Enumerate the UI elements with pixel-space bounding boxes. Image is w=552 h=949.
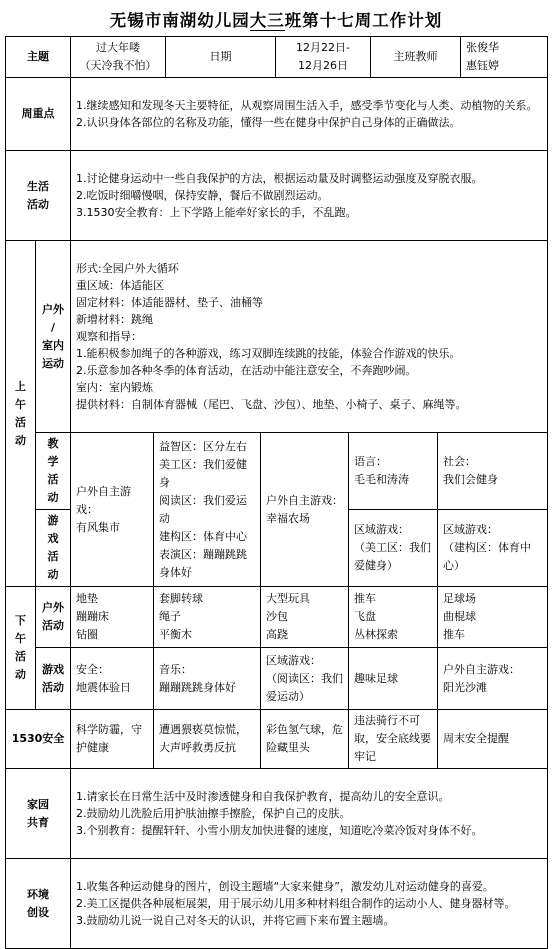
sport-line: 室内：室内锻炼: [76, 379, 542, 396]
afternoon-outdoor-cell: 大型玩具 沙包 高跷: [261, 587, 349, 648]
morning-outdoor-game2-cell: 户外自主游戏： 幸福农场: [261, 433, 349, 587]
morning-game-label: 游 戏 活 动: [36, 510, 71, 587]
safety-1530-cell: 周末安全提醒: [438, 710, 548, 769]
afternoon-outdoor-cell: 足球场 曲棍球 推车: [438, 587, 548, 648]
title-post: 班第十七周工作计划: [285, 11, 443, 30]
morning-teaching-label: 教 学 活 动: [36, 433, 71, 510]
home-coop-label: 家园 共育: [6, 769, 71, 859]
afternoon-game-cell: 趣味足球: [349, 648, 438, 710]
life-activity-item: 1.讨论健身运动中一些自我保护的方法，根据运动量及时调整运动强度及穿脱衣服。: [76, 170, 542, 187]
life-activity-table: 生活 活动 1.讨论健身运动中一些自我保护的方法，根据运动量及时调整运动强度及穿…: [5, 150, 548, 241]
teacher-value-cell: 张俊华 惠钰婷: [461, 37, 548, 78]
sport-line: 提供材料：自制体育器械（尾巴、飞盘、沙包）、地垫、小椅子、桌子、麻绳等。: [76, 396, 542, 413]
environment-item: 1.收集各种运动健身的图片，创设主题墙“大家来健身”，激发幼儿对运动健身的喜爱。: [76, 878, 542, 895]
sport-line: 观察和指导：: [76, 328, 542, 345]
safety-1530-cell: 科学防霾，守护健康: [71, 710, 154, 769]
environment-item: 3.鼓励幼儿说一说自己对冬天的认识，并将它画下来布置主题墙。: [76, 912, 542, 929]
date-value-cell: 12月22日- 12月26日: [276, 37, 371, 78]
weekly-plan-document: 无锡市南湖幼儿园大三班第十七周工作计划 主题 过大年喽 （天冷我不怕） 日期 1…: [0, 0, 552, 949]
afternoon-outdoor-cell: 套脚转球 绳子 平衡木: [154, 587, 261, 648]
safety-1530-label: 1530安全: [6, 710, 71, 769]
title-pre: 无锡市南湖幼儿园: [110, 11, 250, 30]
home-coop-table: 家园 共育 1.请家长在日常生活中及时渗透健身和自我保护教育，提高幼儿的安全意识…: [5, 768, 548, 859]
sport-line: 重区域：体适能区: [76, 277, 542, 294]
life-activity-item: 2.吃饭时细嚼慢咽，保持安静，餐后不做剧烈运动。: [76, 187, 542, 204]
morning-outdoor-game1-cell: 户外自主游戏： 有风集市: [71, 433, 154, 587]
safety-1530-cell: 遭遇猥亵莫惊慌，大声呼救勇反抗: [154, 710, 261, 769]
afternoon-activity-table: 下 午 活 动 户外 活动 地垫 蹦蹦床 钻圈 套脚转球 绳子 平衡木 大型玩具…: [5, 586, 548, 710]
morning-areas-cell: 益智区：区分左右 美工区：我们爱健身 阅读区：我们爱运动 建构区：体育中心 表演…: [154, 433, 261, 587]
afternoon-game-cell: 区域游戏： （阅读区：我们爱运动）: [261, 648, 349, 710]
header-row-table: 主题 过大年喽 （天冷我不怕） 日期 12月22日- 12月26日 主班教师 张…: [5, 36, 548, 78]
environment-label: 环境 创设: [6, 859, 71, 949]
afternoon-game-cell: 安全： 地震体验日: [71, 648, 154, 710]
sport-line: 形式:全园户外大循环: [76, 260, 542, 277]
safety-1530-cell: 违法骑行不可取，安全底线要牢记: [349, 710, 438, 769]
home-coop-item: 3.个别教育：提醒轩轩、小雪小朋友加快进餐的速度，知道吃冷菜冷饭对身体不好。: [76, 822, 542, 839]
environment-content: 1.收集各种运动健身的图片，创设主题墙“大家来健身”，激发幼儿对运动健身的喜爱。…: [71, 859, 548, 949]
environment-table: 环境 创设 1.收集各种运动健身的图片，创设主题墙“大家来健身”，激发幼儿对运动…: [5, 858, 548, 949]
sport-line: 2.乐意参加各种冬季的体育活动，在活动中能注意安全，不奔跑吵闹。: [76, 362, 542, 379]
morning-area-game1-cell: 区域游戏： （美工区：我们爱健身）: [349, 510, 438, 587]
morning-sport-content: 形式:全园户外大循环 重区域：体适能区 固定材料：体适能器材、垫子、油桶等 新增…: [71, 241, 548, 433]
title-underlined-class: 大三: [250, 11, 285, 31]
environment-item: 2.美工区提供各种展柜展架，用于展示幼儿用多种材料组合制作的运动小人、健身器材等…: [76, 895, 542, 912]
afternoon-game-cell: 音乐： 蹦蹦跳跳身体好: [154, 648, 261, 710]
date-label-cell: 日期: [166, 37, 276, 78]
week-focus-item: 1.继续感知和发现冬天主要特征，从观察周围生活入手，感受季节变化与人类、动植物的…: [76, 97, 542, 114]
home-coop-item: 1.请家长在日常生活中及时渗透健身和自我保护教育，提高幼儿的安全意识。: [76, 788, 542, 805]
afternoon-outdoor-label: 户外 活动: [36, 587, 71, 648]
morning-activity-table: 上 午 活 动 户外 / 室内 运动 形式:全园户外大循环 重区域：体适能区 固…: [5, 240, 548, 587]
page-title: 无锡市南湖幼儿园大三班第十七周工作计划: [5, 5, 547, 36]
afternoon-game-cell: 户外自主游戏： 阳光沙滩: [438, 648, 548, 710]
safety-1530-cell: 彩色氢气球，危险藏里头: [261, 710, 349, 769]
afternoon-outdoor-cell: 推车 飞盘 丛林探索: [349, 587, 438, 648]
life-activity-item: 3.1530安全教育：上下学路上能牵好家长的手，不乱跑。: [76, 204, 542, 221]
morning-social-cell: 社会： 我们会健身: [438, 433, 548, 510]
home-coop-content: 1.请家长在日常生活中及时渗透健身和自我保护教育，提高幼儿的安全意识。 2.鼓励…: [71, 769, 548, 859]
teacher-label-cell: 主班教师: [371, 37, 461, 78]
safety-1530-table: 1530安全 科学防霾，守护健康 遭遇猥亵莫惊慌，大声呼救勇反抗 彩色氢气球，危…: [5, 709, 548, 769]
morning-language-cell: 语言： 毛毛和涛涛: [349, 433, 438, 510]
afternoon-outdoor-cell: 地垫 蹦蹦床 钻圈: [71, 587, 154, 648]
week-focus-table: 周重点 1.继续感知和发现冬天主要特征，从观察周围生活入手，感受季节变化与人类、…: [5, 77, 548, 151]
week-focus-label: 周重点: [6, 78, 71, 151]
morning-area-game2-cell: 区域游戏： （建构区：体育中心）: [438, 510, 548, 587]
sport-line: 固定材料：体适能器材、垫子、油桶等: [76, 294, 542, 311]
week-focus-item: 2.认识身体各部位的名称及功能，懂得一些在健身中保护自己身体的正确做法。: [76, 114, 542, 131]
sport-line: 1.能积极参加绳子的各种游戏，练习双脚连续跳的技能，体验合作游戏的快乐。: [76, 345, 542, 362]
morning-label: 上 午 活 动: [6, 241, 36, 587]
week-focus-content: 1.继续感知和发现冬天主要特征，从观察周围生活入手，感受季节变化与人类、动植物的…: [71, 78, 548, 151]
theme-label-cell: 主题: [6, 37, 71, 78]
home-coop-item: 2.鼓励幼儿洗脸后用护肤油擦手擦脸，保护自己的皮肤。: [76, 805, 542, 822]
life-activity-label: 生活 活动: [6, 151, 71, 241]
afternoon-label: 下 午 活 动: [6, 587, 36, 710]
theme-value-cell: 过大年喽 （天冷我不怕）: [71, 37, 166, 78]
morning-sport-label: 户外 / 室内 运动: [36, 241, 71, 433]
life-activity-content: 1.讨论健身运动中一些自我保护的方法，根据运动量及时调整运动强度及穿脱衣服。 2…: [71, 151, 548, 241]
sport-line: 新增材料：跳绳: [76, 311, 542, 328]
afternoon-game-label: 游戏 活动: [36, 648, 71, 710]
